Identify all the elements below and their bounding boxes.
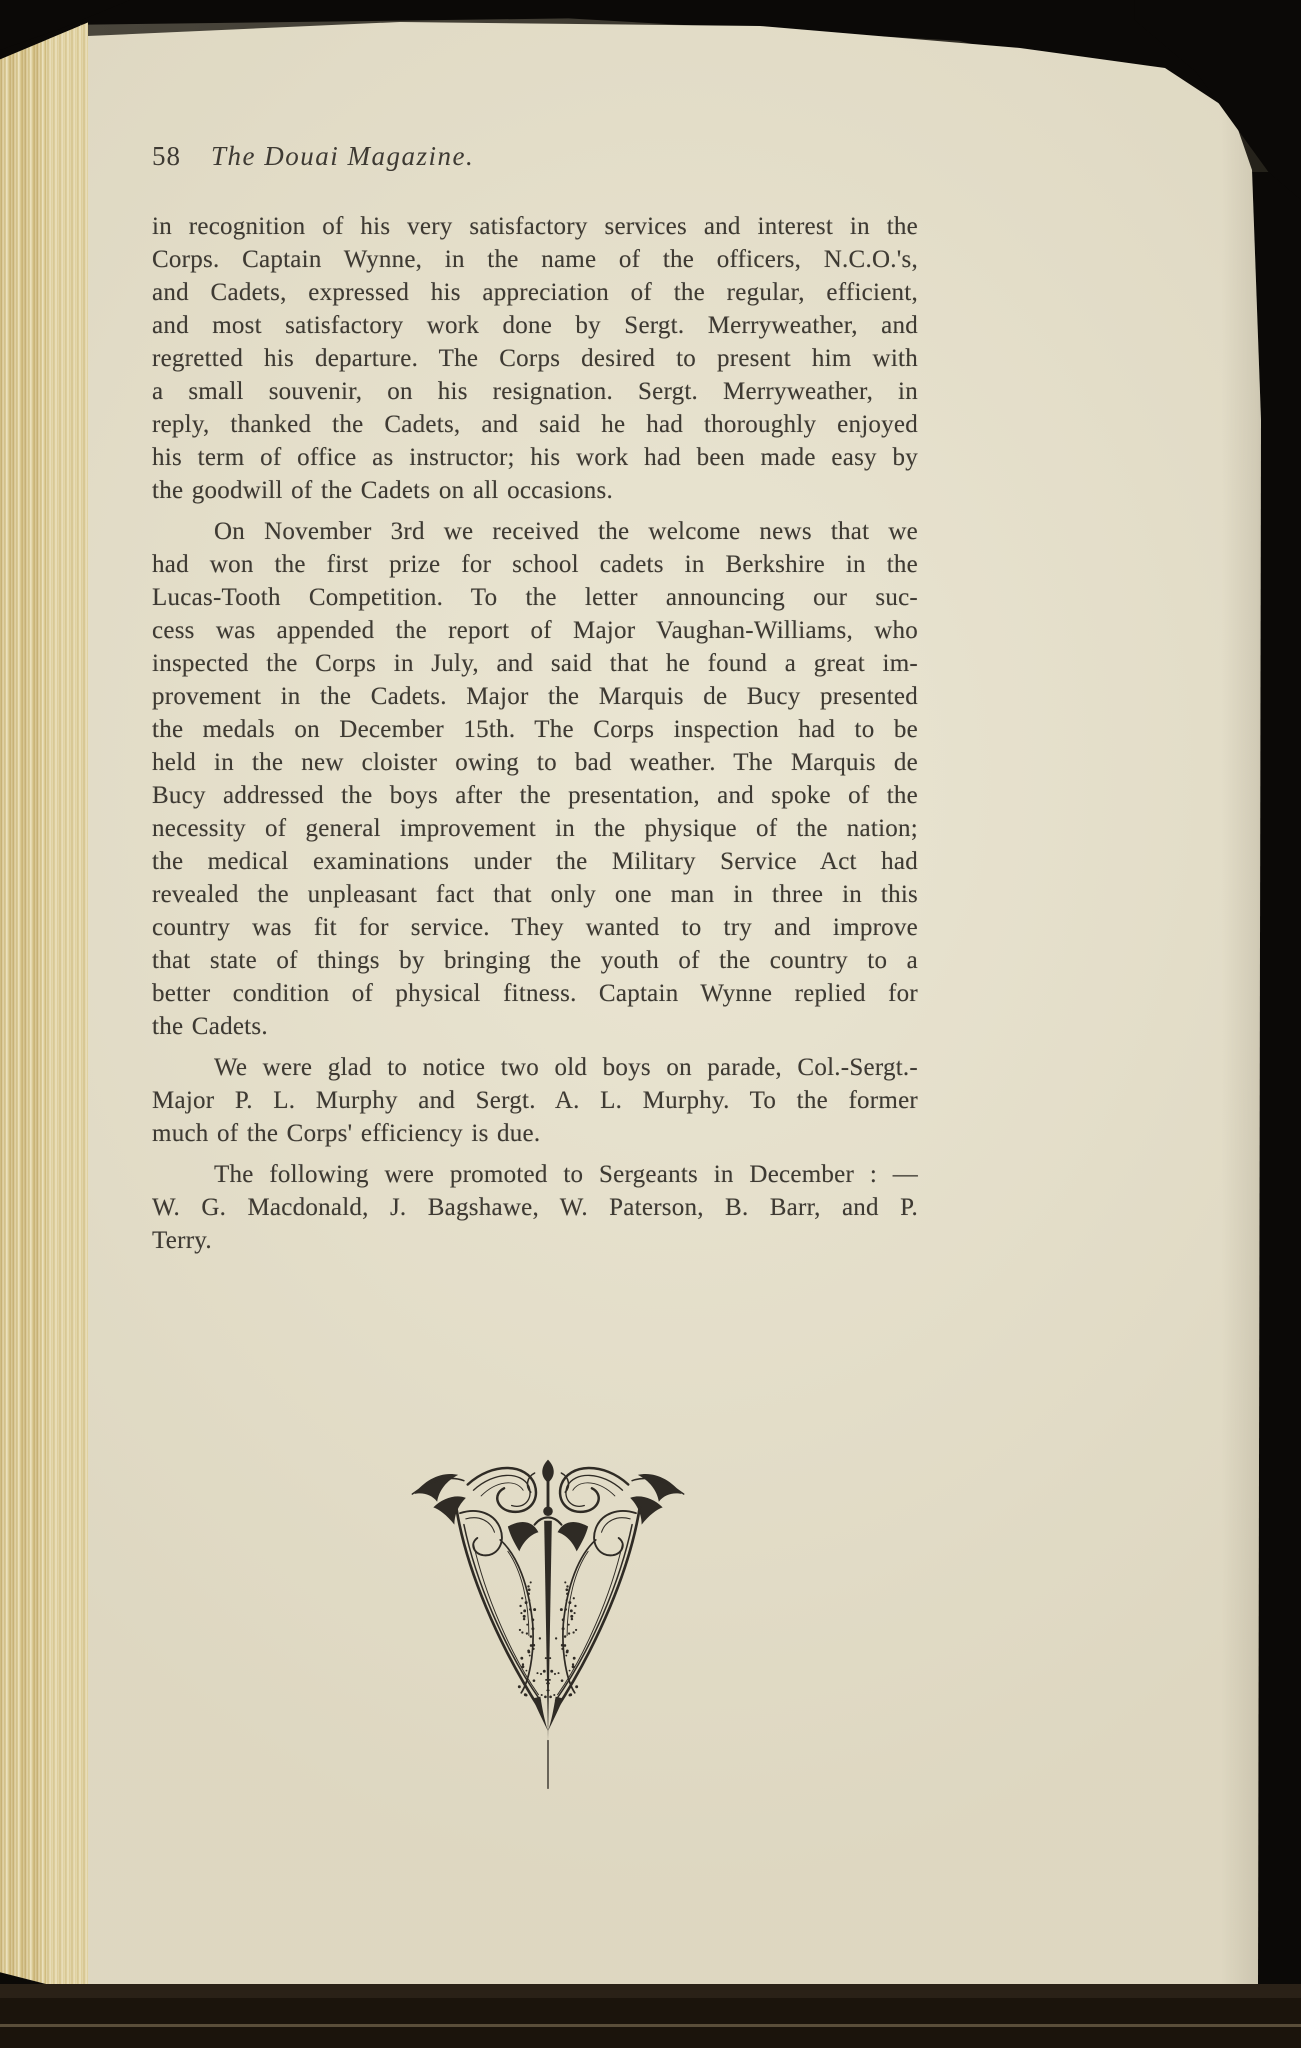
page-fore-edges-inner <box>46 0 88 2048</box>
text-line: better condition of physical fitness. Ca… <box>152 977 918 1010</box>
text-line: had won the first prize for school cadet… <box>152 548 918 581</box>
text-line: revealed the unpleasant fact that only o… <box>152 878 918 911</box>
tailpiece-ornament <box>402 1452 694 1796</box>
text-line: Corps. Captain Wynne, in the name of the… <box>152 243 918 276</box>
text-line: cess was appended the report of Major Va… <box>152 614 918 647</box>
text-line: reply, thanked the Cadets, and said he h… <box>152 408 918 441</box>
page-title: The Douai Magazine. <box>211 141 474 171</box>
text-line: in recognition of his very satisfactory … <box>152 210 918 243</box>
page-text: in recognition of his very satisfactory … <box>152 210 918 1257</box>
art-nouveau-ornament-graphic <box>402 1452 694 1796</box>
text-line: W. G. Macdonald, J. Bagshawe, W. Paterso… <box>152 1191 918 1224</box>
text-line: Terry. <box>152 1224 918 1257</box>
paragraph: in recognition of his very satisfactory … <box>152 210 918 507</box>
text-line: regretted his departure. The Corps desir… <box>152 342 918 375</box>
page-number: 58 <box>152 141 181 171</box>
paragraph: The following were promoted to Sergeants… <box>152 1158 918 1257</box>
paragraph: We were glad to notice two old boys on p… <box>152 1051 918 1150</box>
bottom-edge-highlight <box>0 2024 1301 2027</box>
text-line: Major P. L. Murphy and Sergt. A. L. Murp… <box>152 1084 918 1117</box>
text-line: Bucy addressed the boys after the presen… <box>152 779 918 812</box>
text-line: his term of office as instructor; his wo… <box>152 441 918 474</box>
bottom-edge-upper <box>0 1984 1301 1998</box>
text-line: a small souvenir, on his resignation. Se… <box>152 375 918 408</box>
text-line: the medical examinations under the Milit… <box>152 845 918 878</box>
text-line: provement in the Cadets. Major the Marqu… <box>152 680 918 713</box>
text-line: the goodwill of the Cadets on all occasi… <box>152 474 918 507</box>
text-line: that state of things by bringing the you… <box>152 944 918 977</box>
text-line: inspected the Corps in July, and said th… <box>152 647 918 680</box>
book-cover-bottom-edge <box>0 1984 1301 2048</box>
text-line: held in the new cloister owing to bad we… <box>152 746 918 779</box>
text-line: Lucas-Tooth Competition. To the letter a… <box>152 581 918 614</box>
scanned-book-photo: 58The Douai Magazine. in recognition of … <box>0 0 1301 2048</box>
text-line: necessity of general improvement in the … <box>152 812 918 845</box>
text-line: and Cadets, expressed his appreciation o… <box>152 276 918 309</box>
paragraph: On November 3rd we received the welcome … <box>152 515 918 1043</box>
text-line: and most satisfactory work done by Sergt… <box>152 309 918 342</box>
page-fore-edges <box>0 0 88 2048</box>
text-line: the Cadets. <box>152 1010 918 1043</box>
text-line: On November 3rd we received the welcome … <box>152 515 918 548</box>
page-right-edge-shadow <box>1221 0 1301 2048</box>
text-line: country was fit for service. They wanted… <box>152 911 918 944</box>
text-line: The following were promoted to Sergeants… <box>152 1158 918 1191</box>
text-line: much of the Corps' efficiency is due. <box>152 1117 918 1150</box>
book-page: 58The Douai Magazine. in recognition of … <box>0 0 1301 2048</box>
running-header: 58The Douai Magazine. <box>152 141 474 172</box>
text-line: We were glad to notice two old boys on p… <box>152 1051 918 1084</box>
text-line: the medals on December 15th. The Corps i… <box>152 713 918 746</box>
